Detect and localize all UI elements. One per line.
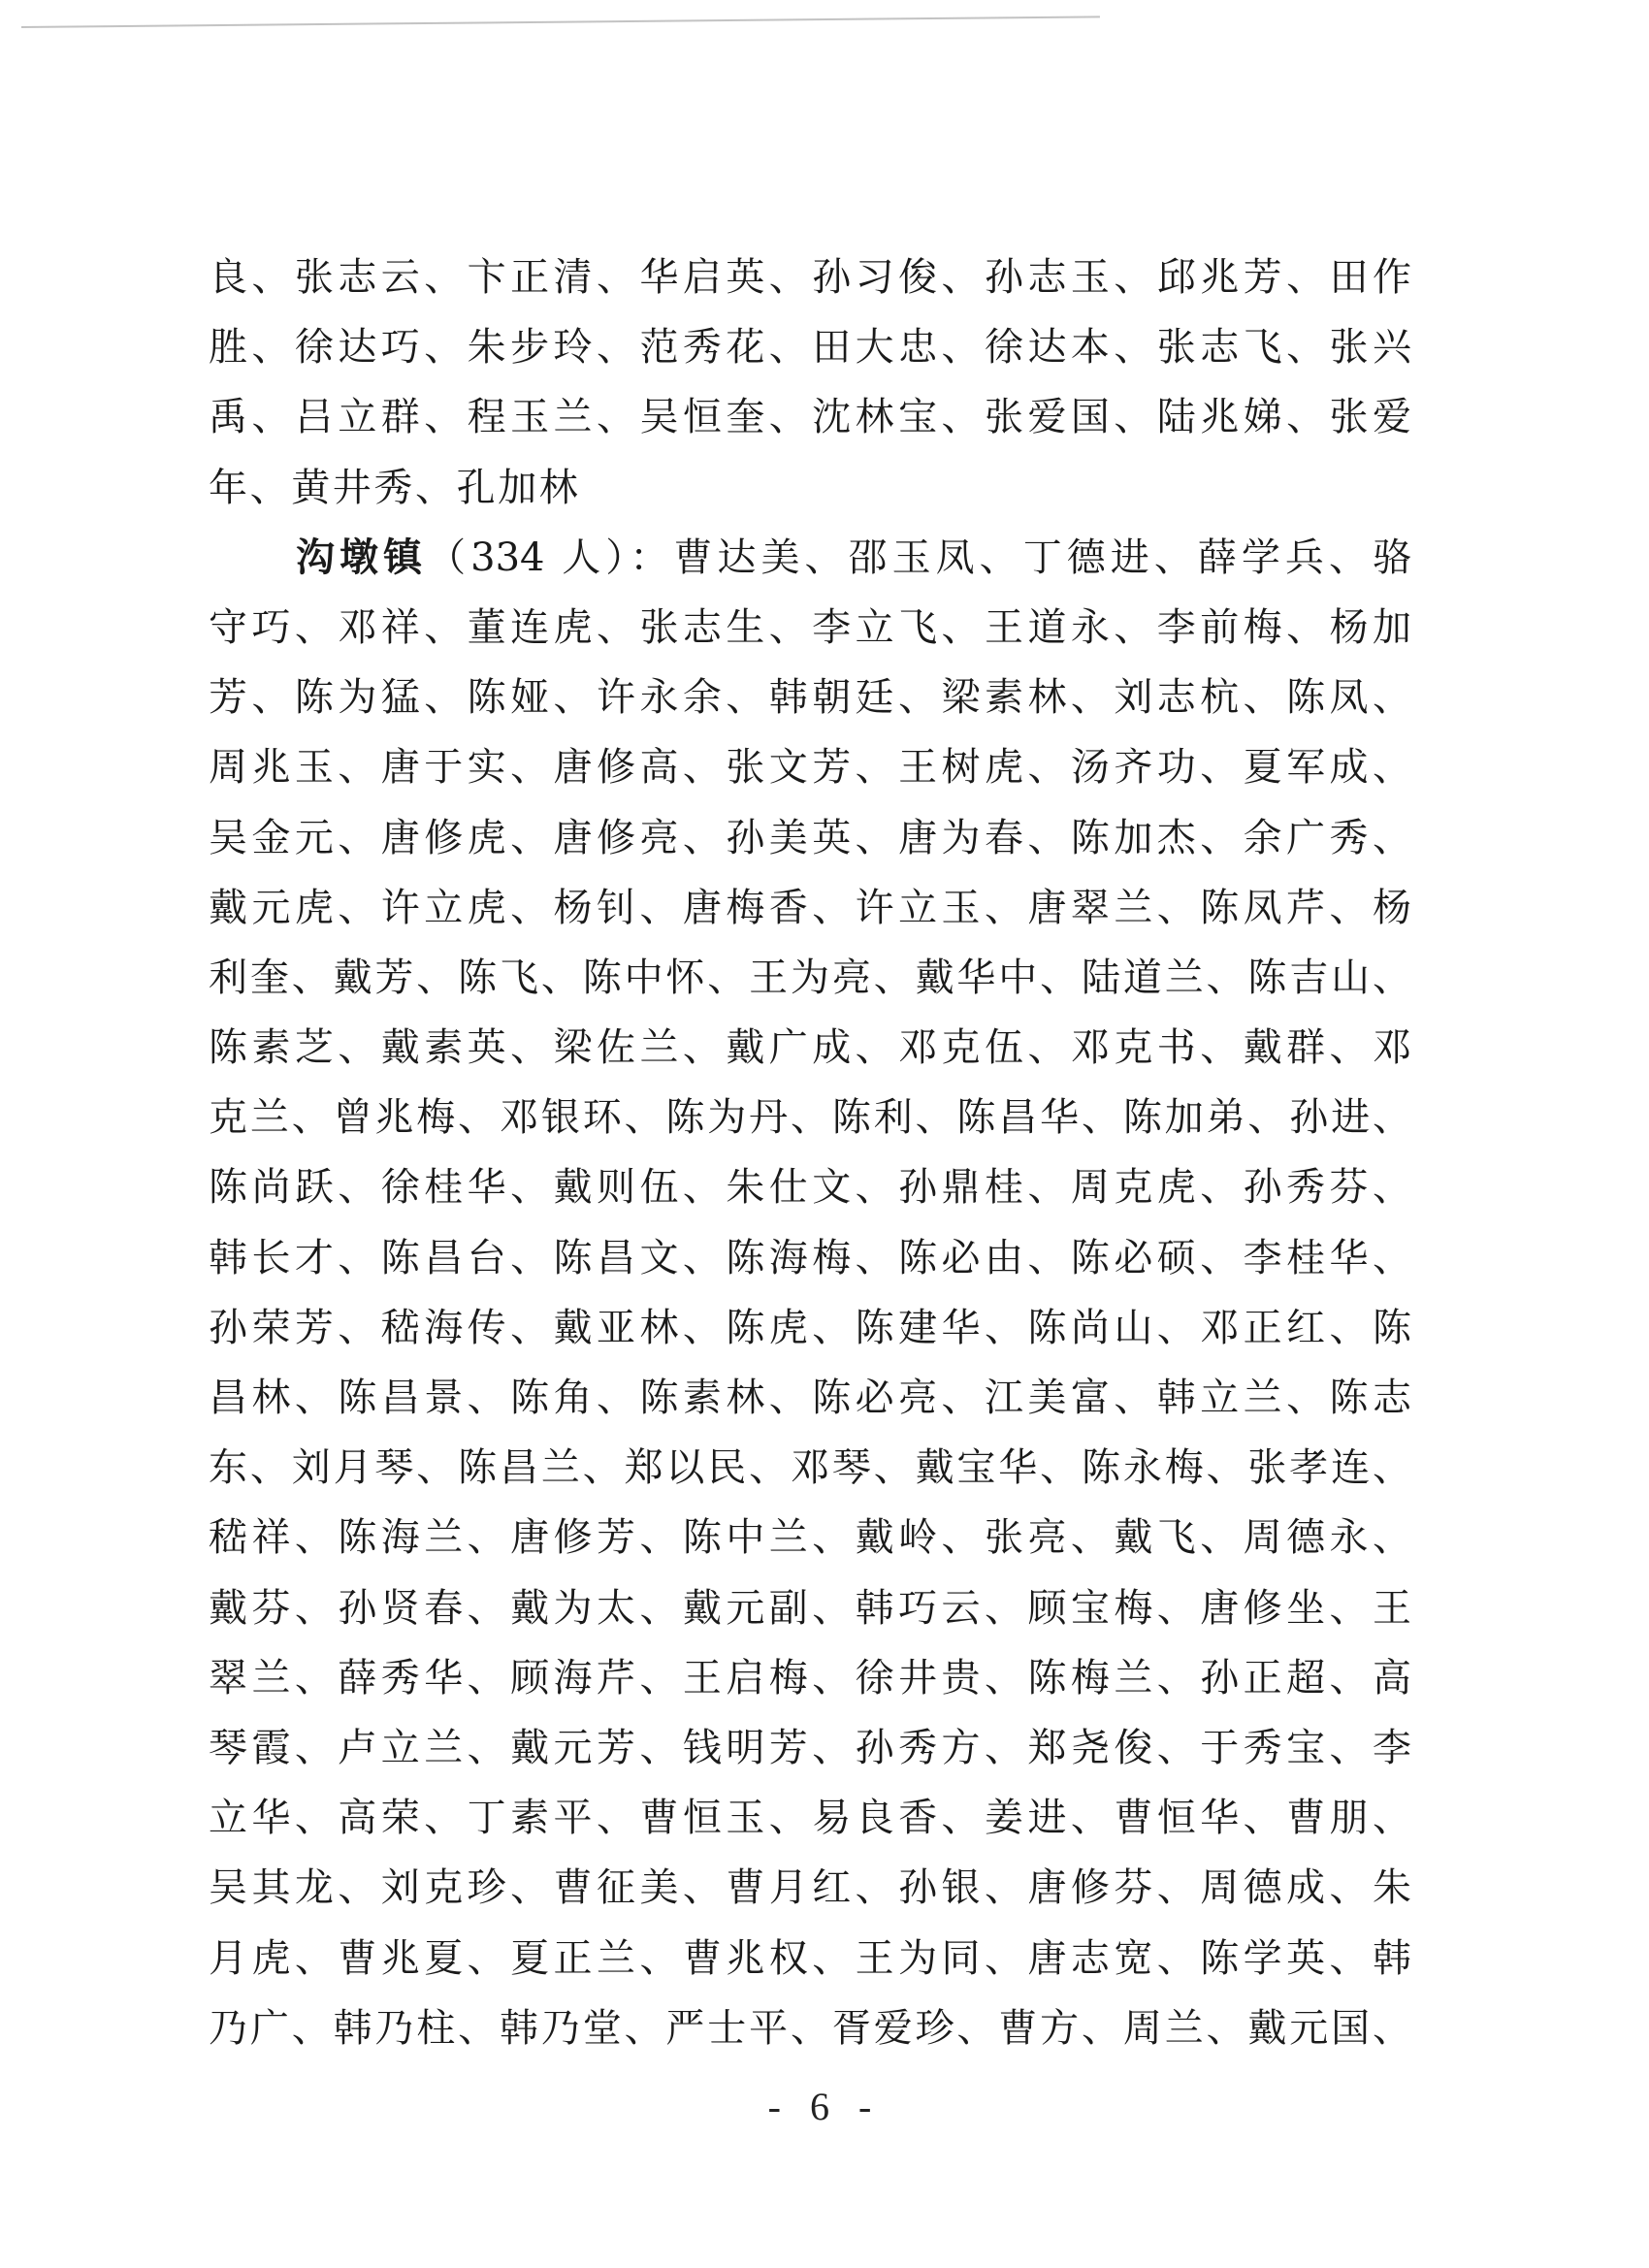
- text-line: 陈尚跃、徐桂华、戴则伍、朱仕文、孙鼎桂、周克虎、孙秀芬、: [209, 1152, 1411, 1222]
- section-title: 沟墩镇: [296, 535, 427, 580]
- text-line: 胜、徐达巧、朱步玲、范秀花、田大忠、徐达本、张志飞、张兴: [209, 312, 1411, 382]
- text-line: 琴霞、卢立兰、戴元芳、钱明芳、孙秀方、郑尧俊、于秀宝、李: [209, 1713, 1411, 1783]
- text-line: 周兆玉、唐于实、唐修高、张文芳、王树虎、汤齐功、夏军成、: [209, 732, 1411, 802]
- text-line: 吴金元、唐修虎、唐修亮、孙美英、唐为春、陈加杰、余广秀、: [209, 803, 1411, 873]
- text-line: 孙荣芳、嵇海传、戴亚林、陈虎、陈建华、陈尚山、邓正红、陈: [209, 1293, 1411, 1363]
- text-line: 利奎、戴芳、陈飞、陈中怀、王为亮、戴华中、陆道兰、陈吉山、: [209, 943, 1411, 1013]
- top-rule-divider: [21, 16, 1100, 28]
- text-line: 嵇祥、陈海兰、唐修芳、陈中兰、戴岭、张亮、戴飞、周德永、: [209, 1503, 1411, 1572]
- text-line: 戴芬、孙贤春、戴为太、戴元副、韩巧云、顾宝梅、唐修坐、王: [209, 1573, 1411, 1643]
- text-line: 禹、吕立群、程玉兰、吴恒奎、沈林宝、张爱国、陆兆娣、张爱: [209, 382, 1411, 452]
- page-number: - 6 -: [0, 2084, 1649, 2129]
- text-line: 东、刘月琴、陈昌兰、郑以民、邓琴、戴宝华、陈永梅、张孝连、: [209, 1433, 1411, 1503]
- section-first-names: 曹达美、邵玉凤、丁德进、薛学兵、骆: [673, 535, 1411, 580]
- text-line: 吴其龙、刘克珍、曹征美、曹月红、孙银、唐修芬、周德成、朱: [209, 1853, 1411, 1923]
- text-line: 良、张志云、卞正清、华启英、孙习俊、孙志玉、邱兆芳、田作: [209, 243, 1411, 312]
- document-body: 良、张志云、卞正清、华启英、孙习俊、孙志玉、邱兆芳、田作 胜、徐达巧、朱步玲、范…: [209, 243, 1411, 2063]
- text-line: 守巧、邓祥、董连虎、张志生、李立飞、王道永、李前梅、杨加: [209, 593, 1411, 663]
- section-heading-line: 沟墩镇（334 人）：曹达美、邵玉凤、丁德进、薛学兵、骆: [209, 523, 1411, 593]
- text-line: 翠兰、薛秀华、顾海芹、王启梅、徐井贵、陈梅兰、孙正超、高: [209, 1643, 1411, 1713]
- section-count: （334 人）：: [427, 535, 673, 580]
- text-line: 芳、陈为猛、陈娅、许永余、韩朝廷、梁素林、刘志杭、陈凤、: [209, 663, 1411, 732]
- text-line: 月虎、曹兆夏、夏正兰、曹兆权、王为同、唐志宽、陈学英、韩: [209, 1924, 1411, 1993]
- text-line: 立华、高荣、丁素平、曹恒玉、易良香、姜进、曹恒华、曹朋、: [209, 1783, 1411, 1853]
- text-line: 戴元虎、许立虎、杨钊、唐梅香、许立玉、唐翠兰、陈凤芹、杨: [209, 873, 1411, 943]
- text-line: 乃广、韩乃柱、韩乃堂、严士平、胥爱珍、曹方、周兰、戴元国、: [209, 1993, 1411, 2063]
- text-line: 陈素芝、戴素英、梁佐兰、戴广成、邓克伍、邓克书、戴群、邓: [209, 1013, 1411, 1083]
- text-line: 克兰、曾兆梅、邓银环、陈为丹、陈利、陈昌华、陈加弟、孙进、: [209, 1083, 1411, 1152]
- text-line: 昌林、陈昌景、陈角、陈素林、陈必亮、江美富、韩立兰、陈志: [209, 1363, 1411, 1433]
- text-line: 韩长才、陈昌台、陈昌文、陈海梅、陈必由、陈必硕、李桂华、: [209, 1223, 1411, 1293]
- text-line: 年、黄井秀、孔加林: [209, 453, 1411, 523]
